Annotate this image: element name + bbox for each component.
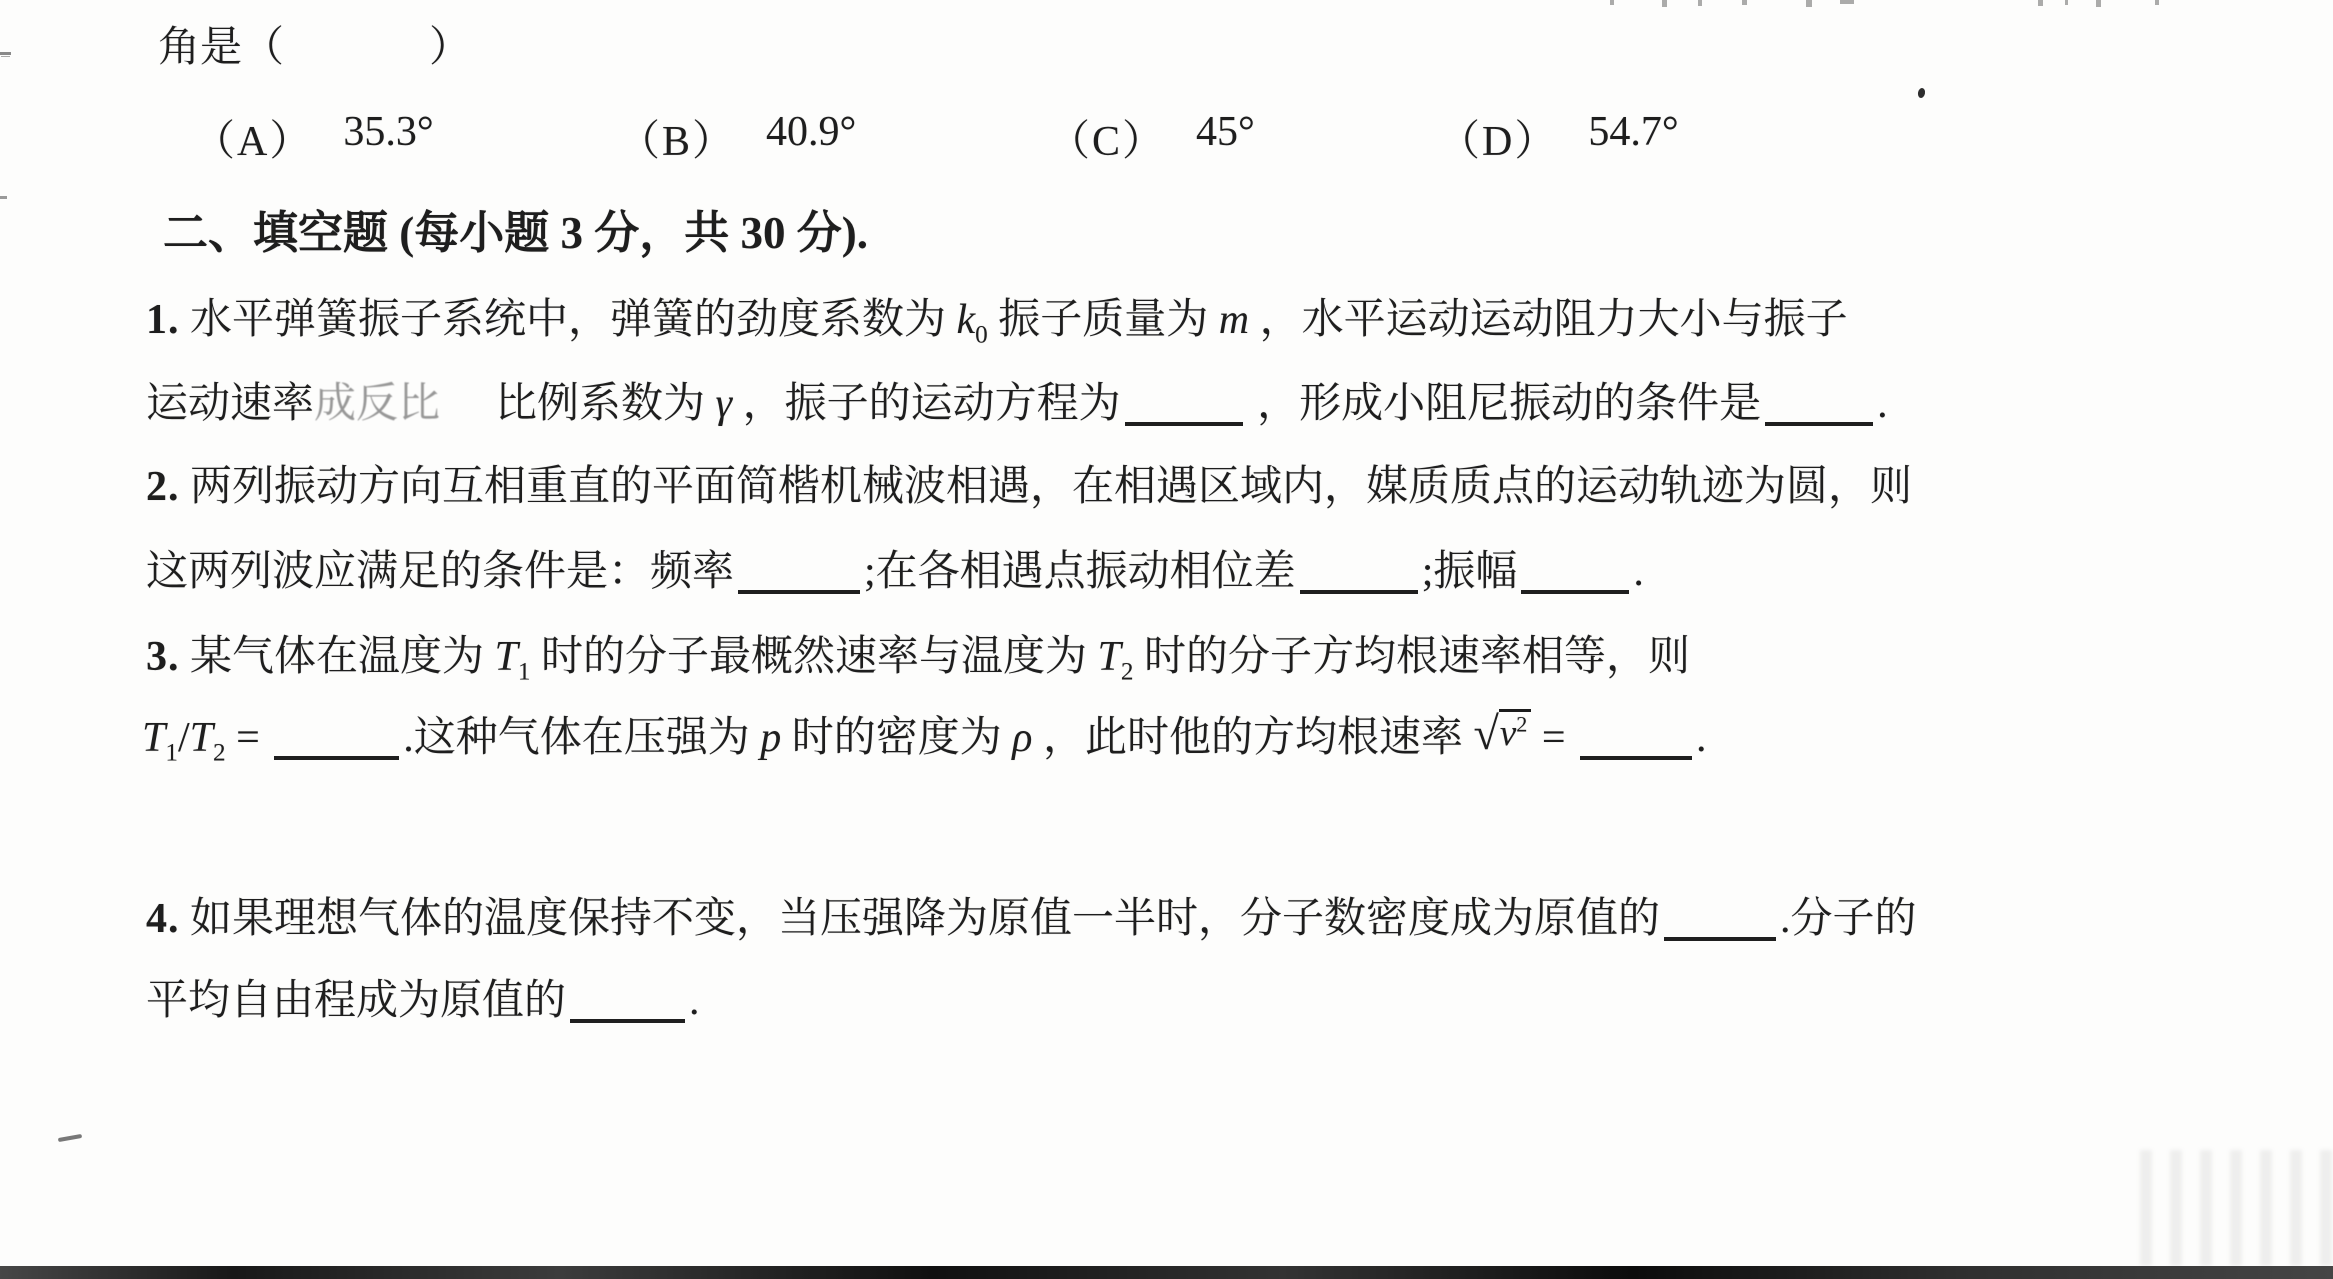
choice-a: （A） 35.3°	[193, 108, 434, 168]
question-stem-tail: 角是（）	[158, 22, 471, 75]
choice-a-value: 35.3°	[343, 108, 433, 168]
question-4-line-1: 4. 如果理想气体的温度保持不变，当压强降为原值一半时，分子数密度成为原值的.分…	[146, 893, 1917, 946]
section-2-header: 二、填空题 (每小题 3 分，共 30 分).	[163, 205, 868, 261]
question-2-line-2: 这两列波应满足的条件是：频率;在各相遇点振动相位差;振幅.	[146, 546, 1644, 599]
scanned-exam-page: 角是（） （A） 35.3° （B） 40.9° （C） 45° （D） 54.…	[0, 0, 2333, 1279]
scan-artifact-left-mark-1	[0, 52, 11, 55]
scan-artifact-bottom-edge	[0, 1266, 2333, 1279]
scan-artifact-dot	[1917, 87, 1926, 98]
scan-artifact-top-ticks	[1610, 0, 2190, 9]
scan-artifact-left-mark-2	[0, 196, 7, 199]
question-4-line-2: 平均自由程成为原值的.	[146, 975, 700, 1028]
question-3-line-1: 3. 某气体在温度为 T1 时的分子最概然速率与温度为 T2 时的分子方均根速率…	[146, 631, 1690, 684]
choice-a-label: （A）	[193, 108, 313, 168]
scan-artifact-bottom-left-dash	[58, 1134, 82, 1142]
choice-b-value: 40.9°	[766, 108, 856, 168]
scan-artifact-bottom-right-smudge	[2140, 1150, 2333, 1266]
question-1-line-1: 1. 水平弹簧振子系统中，弹簧的劲度系数为 k0 振子质量为 m ，水平运动运动…	[146, 294, 1848, 347]
choices-row: （A） 35.3° （B） 40.9° （C） 45° （D） 54.7°	[0, 108, 2333, 168]
choice-c-value: 45°	[1196, 108, 1255, 168]
choice-d-value: 54.7°	[1588, 108, 1678, 168]
choice-b-label: （B）	[618, 108, 736, 168]
choice-b: （B） 40.9°	[618, 108, 856, 168]
question-2-line-1: 2. 两列振动方向互相重直的平面简楷机械波相遇，在相遇区域内，媒质质点的运动轨迹…	[146, 461, 1912, 514]
choice-d-label: （D）	[1438, 108, 1558, 168]
question-1-line-2: 运动速率成反比比例系数为 γ ，振子的运动方程为 ，形成小阻尼振动的条件是.	[146, 378, 1888, 431]
choice-c-label: （C）	[1048, 108, 1166, 168]
choice-c: （C） 45°	[1048, 108, 1255, 168]
choice-d: （D） 54.7°	[1438, 108, 1679, 168]
question-3-line-2: T1/T2 = .这种气体在压强为 p 时的密度为 ρ ，此时他的方均根速率 √…	[142, 712, 1707, 765]
